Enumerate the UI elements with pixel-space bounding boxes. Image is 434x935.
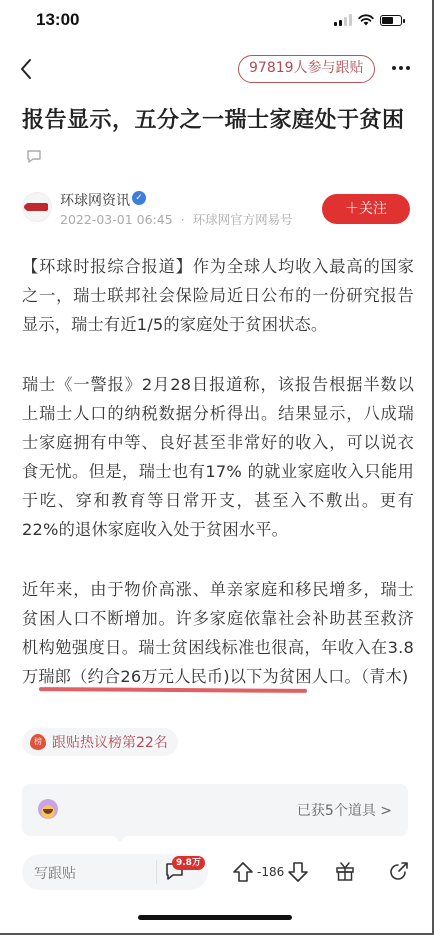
author-meta: 2022-03-01 06:45 · 环球网官方网易号 <box>60 210 293 228</box>
more-horizontal-icon <box>392 66 396 70</box>
publish-date: 2022-03-01 06:45 <box>60 212 173 227</box>
app-screen: 13:00 97819人参与跟贴 报告显示，五分之一瑞士家庭处于贫困 <box>0 0 434 935</box>
huanqiu-logo-icon <box>26 203 48 211</box>
nav-bar: 97819人参与跟贴 <box>0 50 432 90</box>
write-comment-placeholder: 写跟贴 <box>34 863 76 883</box>
article-body: 【环球时报综合报道】作为全球人均收入最高的国家之一，瑞士联邦社会保险局近日公布的… <box>22 252 414 722</box>
article-title: 报告显示，五分之一瑞士家庭处于贫困 <box>22 103 412 175</box>
hot-rank-flame-icon: 榜 <box>30 734 46 750</box>
arrow-up-icon[interactable] <box>232 861 254 883</box>
follow-button[interactable]: ＋关注 <box>322 194 410 224</box>
source-label: 环球网官方网易号 <box>193 212 293 227</box>
hot-rank-label: 跟贴热议榜第22名 <box>52 732 168 752</box>
cellular-signal-icon <box>334 14 352 26</box>
more-button[interactable] <box>392 60 414 76</box>
home-indicator[interactable] <box>138 915 292 920</box>
share-icon[interactable] <box>388 860 410 882</box>
laughing-emoji-avatar-icon <box>38 799 58 819</box>
back-button[interactable] <box>14 54 42 84</box>
chevron-left-icon <box>14 54 42 84</box>
props-count-label: 已获5个道具 > <box>297 800 392 820</box>
article-title-text: 报告显示，五分之一瑞士家庭处于贫困 <box>22 108 405 133</box>
meta-separator: · <box>181 212 185 227</box>
gift-icon[interactable] <box>334 860 356 882</box>
battery-icon <box>380 15 402 26</box>
comment-bubble-icon[interactable] <box>26 149 44 165</box>
bottom-toolbar: 写跟贴 9.8万 -186 <box>0 852 432 892</box>
wifi-icon <box>358 14 374 26</box>
status-time: 13:00 <box>36 10 79 30</box>
comment-count-badge: 9.8万 <box>172 856 205 870</box>
paragraph-3: 近年来，由于物价高涨、单亲家庭和移民增多，瑞士贫困人口不断增加。许多家庭依靠社会… <box>22 575 414 691</box>
paragraph-2: 瑞士《一警报》2月28日报道称，该报告根据半数以上瑞士人口的纳税数据分析得出。结… <box>22 370 414 544</box>
paragraph-1: 【环球时报综合报道】作为全球人均收入最高的国家之一，瑞士联邦社会保险局近日公布的… <box>22 252 414 339</box>
props-bar[interactable]: 已获5个道具 > <box>22 784 408 836</box>
status-icons <box>334 14 402 26</box>
vote-count: -186 <box>257 865 284 879</box>
author-row: 环球网资讯 ✓ 2022-03-01 06:45 · 环球网官方网易号 ＋关注 <box>22 190 414 230</box>
hot-rank-badge[interactable]: 榜 跟贴热议榜第22名 <box>22 728 178 756</box>
participants-count-button[interactable]: 97819人参与跟贴 <box>238 55 375 83</box>
arrow-down-icon[interactable] <box>287 861 309 883</box>
verified-check-icon: ✓ <box>132 191 146 205</box>
author-name[interactable]: 环球网资讯 <box>60 190 130 210</box>
vote-group: -186 <box>232 860 309 884</box>
divider <box>156 860 157 884</box>
status-bar: 13:00 <box>0 0 432 45</box>
author-avatar[interactable] <box>22 192 52 222</box>
